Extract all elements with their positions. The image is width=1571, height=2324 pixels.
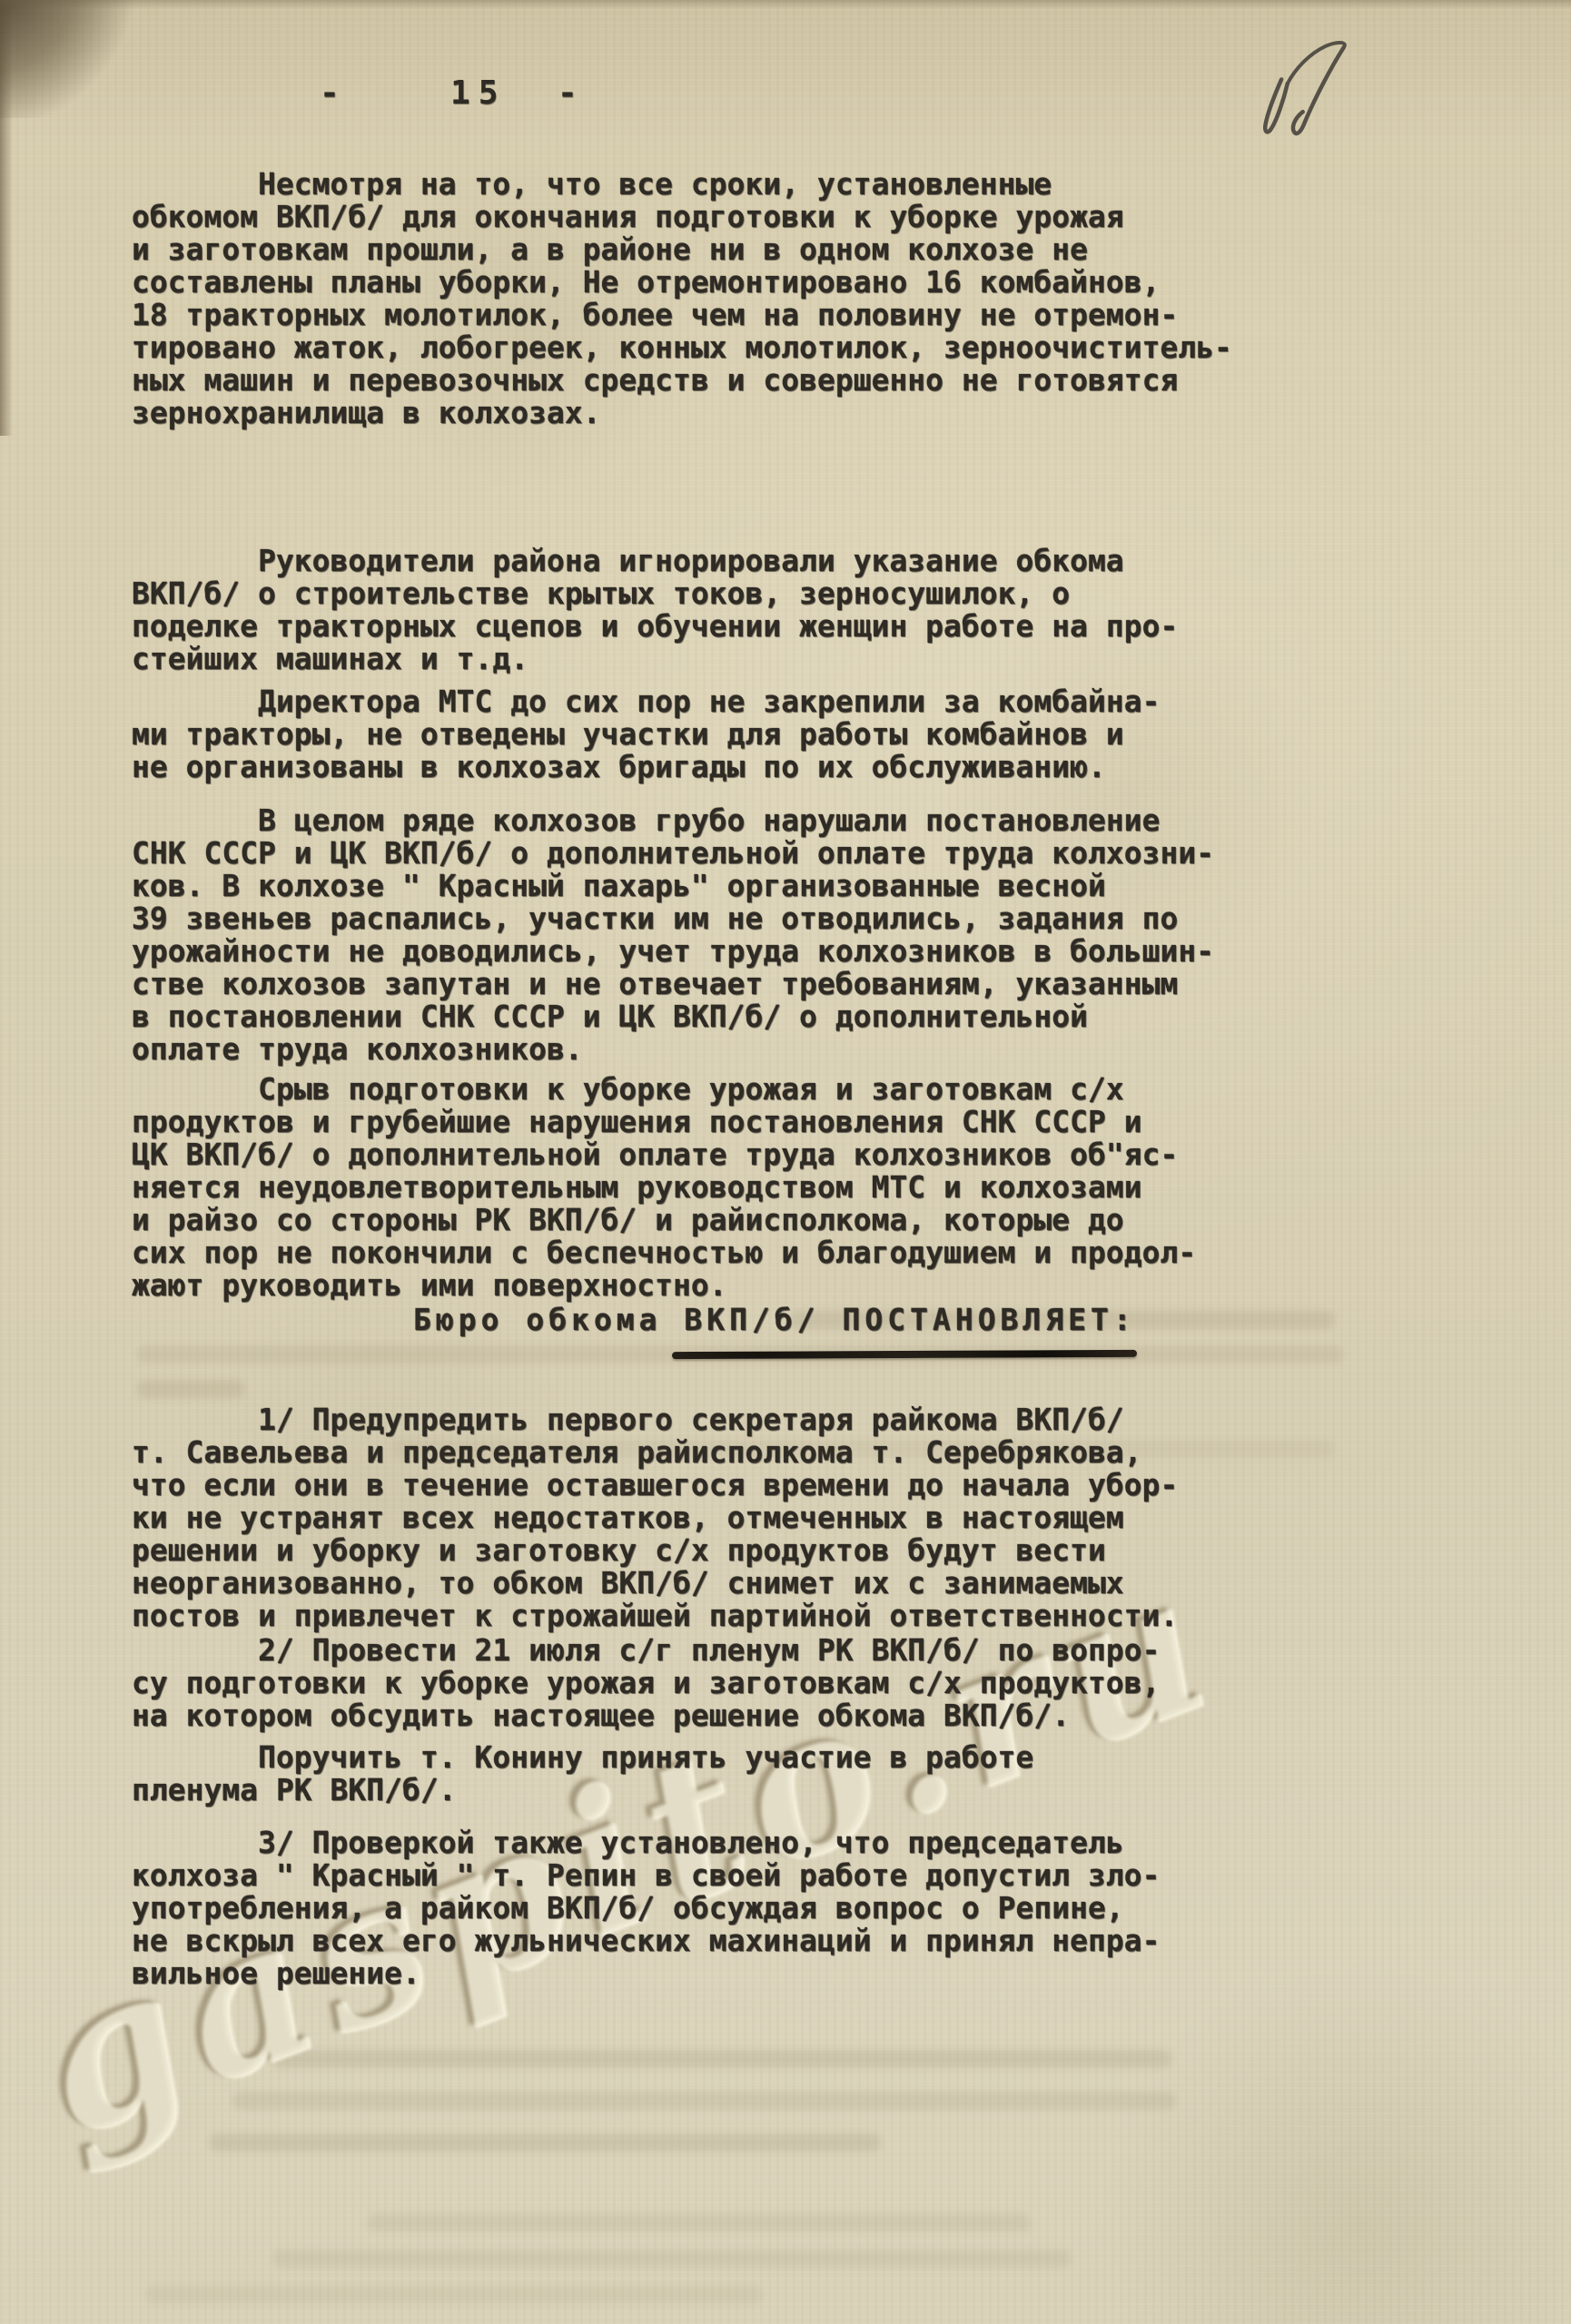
typewritten-line: жают руководить ими поверхностно. [132,1269,1196,1302]
typewritten-line: ков. В колхозе " Красный пахарь" организ… [132,870,1214,902]
typewritten-line: не вскрыл всех его жульнических махинаци… [132,1925,1160,1957]
typewritten-line: на котором обсудить настоящее решение об… [132,1699,1160,1732]
typewritten-paragraph: Руководители района игнорировали указани… [132,545,1178,675]
typewritten-line: поделке тракторных сцепов и обучении жен… [132,610,1178,643]
typewritten-line: 18 тракторных молотилок, более чем на по… [132,299,1232,331]
resolution-heading-underline [672,1350,1137,1359]
typewritten-line: в постановлении СНК СССР и ЦК ВКП/б/ о д… [132,1000,1214,1033]
typewritten-line: стве колхозов запутан и не отвечает треб… [132,968,1214,1000]
typewritten-line: ЦК ВКП/б/ о дополнительной оплате труда … [132,1138,1196,1171]
typewritten-line: зернохранилища в колхозах. [132,397,1232,429]
typewritten-paragraph: 1/ Предупредить первого секретаря райком… [132,1403,1178,1632]
typewritten-line: употребления, а райком ВКП/б/ обсуждая в… [132,1892,1160,1925]
handwritten-mark-strokes [1242,30,1387,157]
typewritten-paragraph: Несмотря на то, что все сроки, установле… [132,168,1232,429]
typewritten-paragraph: В целом ряде колхозов грубо нарушали пос… [132,804,1214,1066]
typewritten-line: сих пор не покончили с беспечностью и бл… [132,1236,1196,1269]
typewritten-paragraph: 3/ Проверкой также установлено, что пред… [132,1827,1160,1990]
typewritten-line: СНК СССР и ЦК ВКП/б/ о дополнительной оп… [132,837,1214,870]
typewritten-line: решении и уборку и заготовку с/х продукт… [132,1534,1178,1567]
typewritten-line: Несмотря на то, что все сроки, установле… [132,168,1232,201]
typewritten-line: Директора МТС до сих пор не закрепили за… [132,685,1160,718]
handwritten-mark [1242,30,1387,161]
typewritten-line: что если они в течение оставшегося време… [132,1469,1178,1502]
typewritten-line: 1/ Предупредить первого секретаря райком… [132,1403,1178,1436]
typewritten-line: ки не устранят всех недостатков, отмечен… [132,1502,1178,1534]
typewritten-line: тировано жаток, лобогреек, конных молоти… [132,331,1232,364]
typewritten-line: 3/ Проверкой также установлено, что пред… [132,1827,1160,1859]
typewritten-line: 39 звеньев распались, участки им не отво… [132,902,1214,935]
typewritten-paragraph: Директора МТС до сих пор не закрепили за… [132,685,1160,783]
typewritten-line: ных машин и перевозочных средств и совер… [132,364,1232,397]
typewritten-line: Поручить т. Конину принять участие в раб… [132,1741,1033,1774]
typewritten-line: оплате труда колхозников. [132,1033,1214,1066]
typewritten-line: и заготовкам прошли, а в районе ни в одн… [132,233,1232,266]
typewritten-line: вильное решение. [132,1957,1160,1990]
typewritten-line: продуктов и грубейшие нарушения постанов… [132,1106,1196,1138]
typewritten-line: постов и привлечет к строжайшей партийно… [132,1600,1178,1632]
typewritten-line: ВКП/б/ о строительстве крытых токов, зер… [132,577,1178,610]
typewritten-line: стейших машинах и т.д. [132,643,1178,675]
typewritten-line: няется неудовлетворительным руководством… [132,1171,1196,1204]
typewritten-line: 2/ Провести 21 июля с/г пленум РК ВКП/б/… [132,1634,1160,1667]
typewritten-line: и райзо со стороны РК ВКП/б/ и райисполк… [132,1204,1196,1236]
typewritten-line: урожайности не доводились, учет труда ко… [132,935,1214,968]
typewritten-line: неорганизованно, то обком ВКП/б/ снимет … [132,1567,1178,1600]
typewritten-line: пленума РК ВКП/б/. [132,1774,1033,1807]
typewritten-line: не организованы в колхозах бригады по их… [132,751,1160,783]
typewritten-line: Руководители района игнорировали указани… [132,545,1178,577]
typewritten-content: - 15 - Несмотря на то, что все сроки, ус… [0,0,1571,2324]
page-number: - 15 - [320,74,586,112]
typewritten-paragraph: 2/ Провести 21 июля с/г пленум РК ВКП/б/… [132,1634,1160,1732]
typewritten-paragraph: Поручить т. Конину принять участие в раб… [132,1741,1033,1807]
typewritten-line: су подготовки к уборке урожая и заготовк… [132,1667,1160,1699]
typewritten-line: составлены планы уборки, Не отремонтиров… [132,266,1232,299]
typewritten-line: колхоза " Красный " т. Репин в своей раб… [132,1859,1160,1892]
typewritten-line: обкомом ВКП/б/ для окончания подготовки … [132,201,1232,233]
typewritten-line: т. Савельева и председателя райисполкома… [132,1436,1178,1469]
typewritten-line: Срыв подготовки к уборке урожая и загото… [132,1073,1196,1106]
typewritten-paragraph: Срыв подготовки к уборке урожая и загото… [132,1073,1196,1302]
document-scan-page: gaspito.ru - 15 - Несмотря на то, что вс… [0,0,1571,2324]
typewritten-line: В целом ряде колхозов грубо нарушали пос… [132,804,1214,837]
typewritten-line: ми тракторы, не отведены участки для раб… [132,718,1160,751]
resolution-heading: Бюро обкома ВКП/б/ ПОСТАНОВЛЯЕТ: [413,1302,1136,1337]
